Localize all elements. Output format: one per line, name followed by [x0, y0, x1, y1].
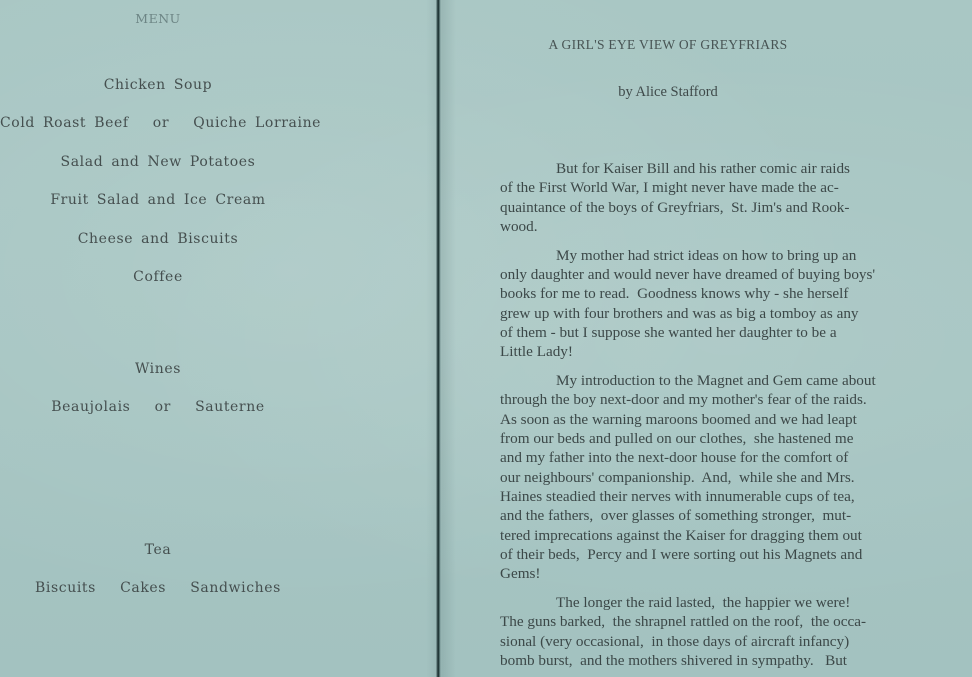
paragraph: But for Kaiser Bill and his rather comic…: [500, 159, 960, 236]
menu-item-main: Cold Roast Beef or Quiche Lorraine: [0, 115, 316, 131]
text-line: wood.: [500, 217, 960, 236]
text-line: As soon as the warning maroons boomed an…: [500, 410, 960, 429]
text-line: My mother had strict ideas on how to bri…: [500, 246, 960, 265]
text-line: books for me to read. Goodness knows why…: [500, 284, 960, 303]
article-body: But for Kaiser Bill and his rather comic…: [500, 159, 960, 677]
menu-heading: MENU: [0, 11, 316, 26]
paragraph: The longer the raid lasted, the happier …: [500, 593, 960, 670]
text-line: our neighbours' companionship. And, whil…: [500, 468, 960, 487]
article-byline: by Alice Stafford: [441, 84, 895, 101]
text-line: of them - but I suppose she wanted her d…: [500, 323, 960, 342]
text-line: Gems!: [500, 564, 960, 583]
text-line: But for Kaiser Bill and his rather comic…: [500, 159, 960, 178]
paragraph: My introduction to the Magnet and Gem ca…: [500, 371, 960, 583]
text-line: and the fathers, over glasses of somethi…: [500, 506, 960, 525]
text-line: grew up with four brothers and was as bi…: [500, 304, 960, 323]
text-line: from our beds and pulled on our clothes,…: [500, 429, 960, 448]
text-line: Haines steadied their nerves with innume…: [500, 487, 960, 506]
article-title: A GIRL'S EYE VIEW OF GREYFRIARS: [441, 37, 895, 53]
text-line: through the boy next-door and my mother'…: [500, 390, 960, 409]
menu-heading-wines: Wines: [0, 361, 316, 377]
menu-item-sides: Salad and New Potatoes: [0, 154, 316, 170]
text-line: sional (very occasional, in those days o…: [500, 632, 960, 651]
menu-item-wines: Beaujolais or Sauterne: [0, 399, 316, 415]
right-page-article: A GIRL'S EYE VIEW OF GREYFRIARS by Alice…: [441, 0, 972, 677]
text-line: of their beds, Percy and I were sorting …: [500, 545, 960, 564]
text-line: of the First World War, I might never ha…: [500, 178, 960, 197]
text-line: The guns barked, the shrapnel rattled on…: [500, 612, 960, 631]
text-line: quaintance of the boys of Greyfriars, St…: [500, 198, 960, 217]
text-line: and my father into the next-door house f…: [500, 448, 960, 467]
text-line: Little Lady!: [500, 342, 960, 361]
menu-item-tea: Biscuits Cakes Sandwiches: [0, 580, 316, 596]
menu-heading-tea: Tea: [0, 542, 316, 558]
booklet-spread: MENU Chicken Soup Cold Roast Beef or Qui…: [0, 0, 972, 677]
menu-item-dessert: Fruit Salad and Ice Cream: [0, 192, 316, 208]
left-page-menu: MENU Chicken Soup Cold Roast Beef or Qui…: [0, 0, 437, 677]
text-line: My introduction to the Magnet and Gem ca…: [500, 371, 960, 390]
text-line: tered imprecations against the Kaiser fo…: [500, 526, 960, 545]
text-line: bomb burst, and the mothers shivered in …: [500, 651, 960, 670]
text-line: The longer the raid lasted, the happier …: [500, 593, 960, 612]
menu-item-soup: Chicken Soup: [0, 77, 316, 93]
menu-item-cheese: Cheese and Biscuits: [0, 231, 316, 247]
menu-item-coffee: Coffee: [0, 269, 316, 285]
paragraph: My mother had strict ideas on how to bri…: [500, 246, 960, 362]
text-line: only daughter and would never have dream…: [500, 265, 960, 284]
